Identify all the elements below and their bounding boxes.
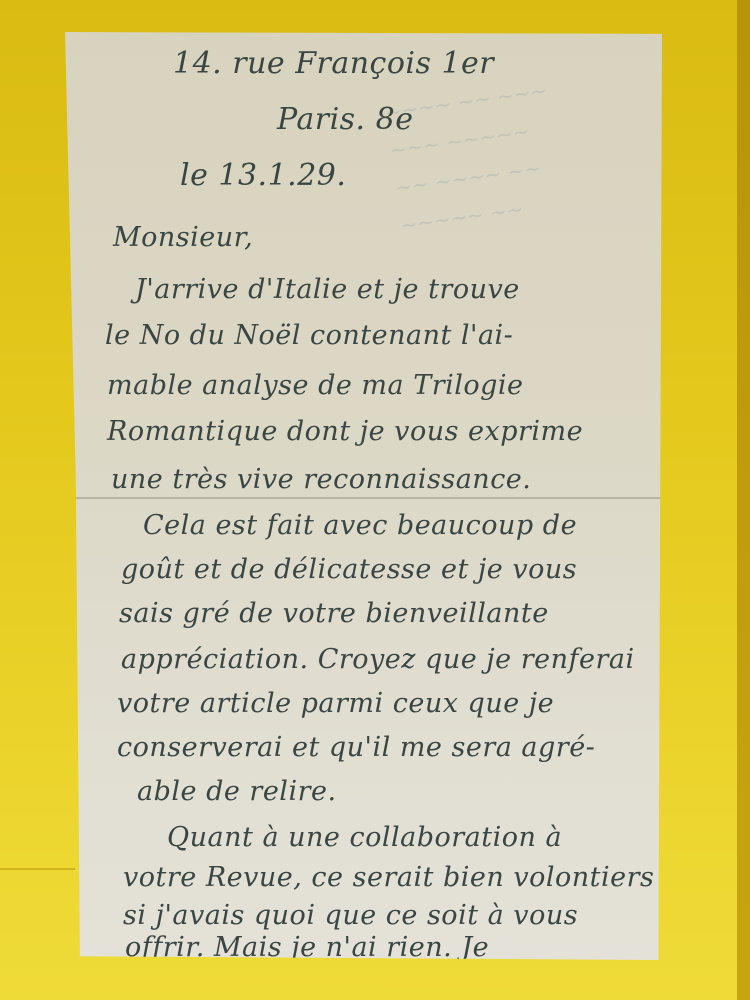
paper-fold-line [65,497,662,499]
address-line-city: Paris. 8e [277,102,413,137]
letter-line: votre Revue, ce serait bien volontiers [123,862,654,893]
letter-line: conserverai et qu'il me sera agré- [117,732,595,763]
letter-line: goût et de délicatesse et je vous [121,554,577,585]
letter-line: J'arrive d'Italie et je trouve [135,274,520,305]
letter-line: votre article parmi ceux que je [117,688,554,719]
letter-line: appréciation. Croyez que je renferai [121,644,635,675]
letter-line: le No du Noël contenant l'ai- [105,320,513,351]
letter-line: une très vive reconnaissance. [111,464,531,495]
bleed-through-text: ~~~~ ~~ ~~~~~~ ~~~~~~~ ~~~~ ~~~~~~~ ~~ [382,62,638,292]
letter-line: sais gré de votre bienveillante [119,598,549,629]
letter-line: mable analyse de ma Trilogie [107,370,524,401]
letter-line: able de relire. [137,776,337,807]
letter-line: Quant à une collaboration à [167,822,562,853]
address-line-street: 14. rue François 1er [173,46,494,81]
handwritten-letter: ~~~~ ~~ ~~~~~~ ~~~~~~~ ~~~~ ~~~~~~~ ~~ 1… [65,32,662,960]
letter-line: si j'avais quoi que ce soit à vous [123,900,578,931]
backdrop-crease [0,868,75,870]
letter-line: Romantique dont je vous exprime [107,416,583,447]
backdrop-edge-strip [737,0,750,1000]
letter-date: le 13.1.29. [180,158,346,193]
letter-line: Cela est fait avec beaucoup de [143,510,577,541]
salutation: Monsieur, [113,222,253,253]
